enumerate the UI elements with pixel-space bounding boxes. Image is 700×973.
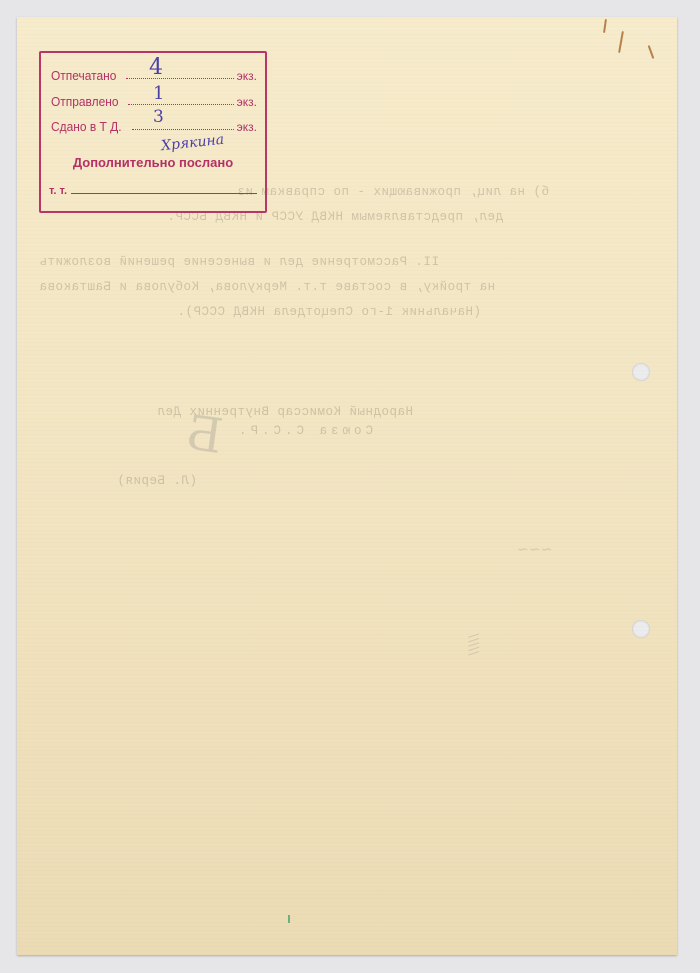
punch-hole xyxy=(632,363,650,381)
stain-mark xyxy=(618,31,624,53)
bleed-through-line: II. Рассмотрение дел и вынесение решений… xyxy=(39,255,439,269)
bleed-through-line: Союза С.С.Р. xyxy=(235,424,373,438)
distribution-stamp: Отпечатано экз. 4 Отправлено экз. 1 Сдан… xyxy=(39,51,267,213)
punch-hole xyxy=(632,620,650,638)
tt-field: т. т. xyxy=(49,185,259,197)
bleed-through-line: (Л. Берия) xyxy=(117,474,197,488)
bleed-through-line: дел, представляемым НКВД УССР и НКВД БСС… xyxy=(167,210,503,224)
stain-mark xyxy=(603,19,607,33)
bleed-through-line: б) на лиц, проживающих - по справкам из xyxy=(237,185,549,199)
bleed-through-line: (Начальник 1-го Спецотдела НКВД СССР). xyxy=(177,305,481,319)
bleed-through-signature: Б xyxy=(183,405,226,465)
bleed-through-line: на тройку, в составе т.т. Меркулова, Коб… xyxy=(39,280,495,294)
handwritten-count: 3 xyxy=(153,107,164,127)
bleed-through-scribble: ~~~ xyxy=(517,542,552,558)
bleed-through-scribble: ///// xyxy=(465,634,480,656)
stain-mark xyxy=(648,45,655,59)
handwritten-count: 1 xyxy=(153,83,164,104)
green-mark xyxy=(288,915,290,923)
handwritten-signature: Хрякина xyxy=(160,132,224,155)
additional-sent-label: Дополнительно послано xyxy=(41,155,265,170)
handwritten-count: 4 xyxy=(149,55,163,80)
document-page: Отпечатано экз. 4 Отправлено экз. 1 Сдан… xyxy=(17,17,677,955)
